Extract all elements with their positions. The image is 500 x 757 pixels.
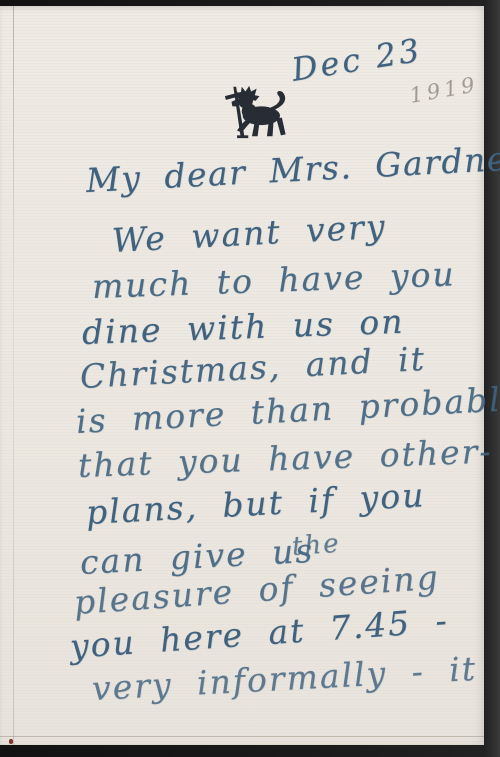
salutation-line: My dear Mrs. Gardner. bbox=[85, 141, 500, 197]
date-pencil-year: 1919 bbox=[408, 74, 480, 107]
handwriting-line: We want very bbox=[111, 210, 387, 257]
scanned-letter-photo: Dec 23 1919 My dear Mrs. Gardner. We wan… bbox=[0, 0, 500, 757]
date-handwritten: Dec 23 bbox=[289, 34, 424, 86]
handwriting-line: plans, but if you bbox=[85, 478, 426, 529]
ink-speck bbox=[9, 739, 13, 744]
inserted-word: the bbox=[291, 531, 341, 560]
handwriting-line: that you have other- bbox=[77, 435, 493, 482]
letter-paper: Dec 23 1919 My dear Mrs. Gardner. We wan… bbox=[0, 6, 484, 745]
paper-crease-horizontal bbox=[0, 736, 484, 737]
paper-crease-vertical bbox=[13, 6, 14, 745]
handwriting-line: much to have you bbox=[91, 257, 456, 303]
lion-crest-icon bbox=[210, 82, 294, 142]
